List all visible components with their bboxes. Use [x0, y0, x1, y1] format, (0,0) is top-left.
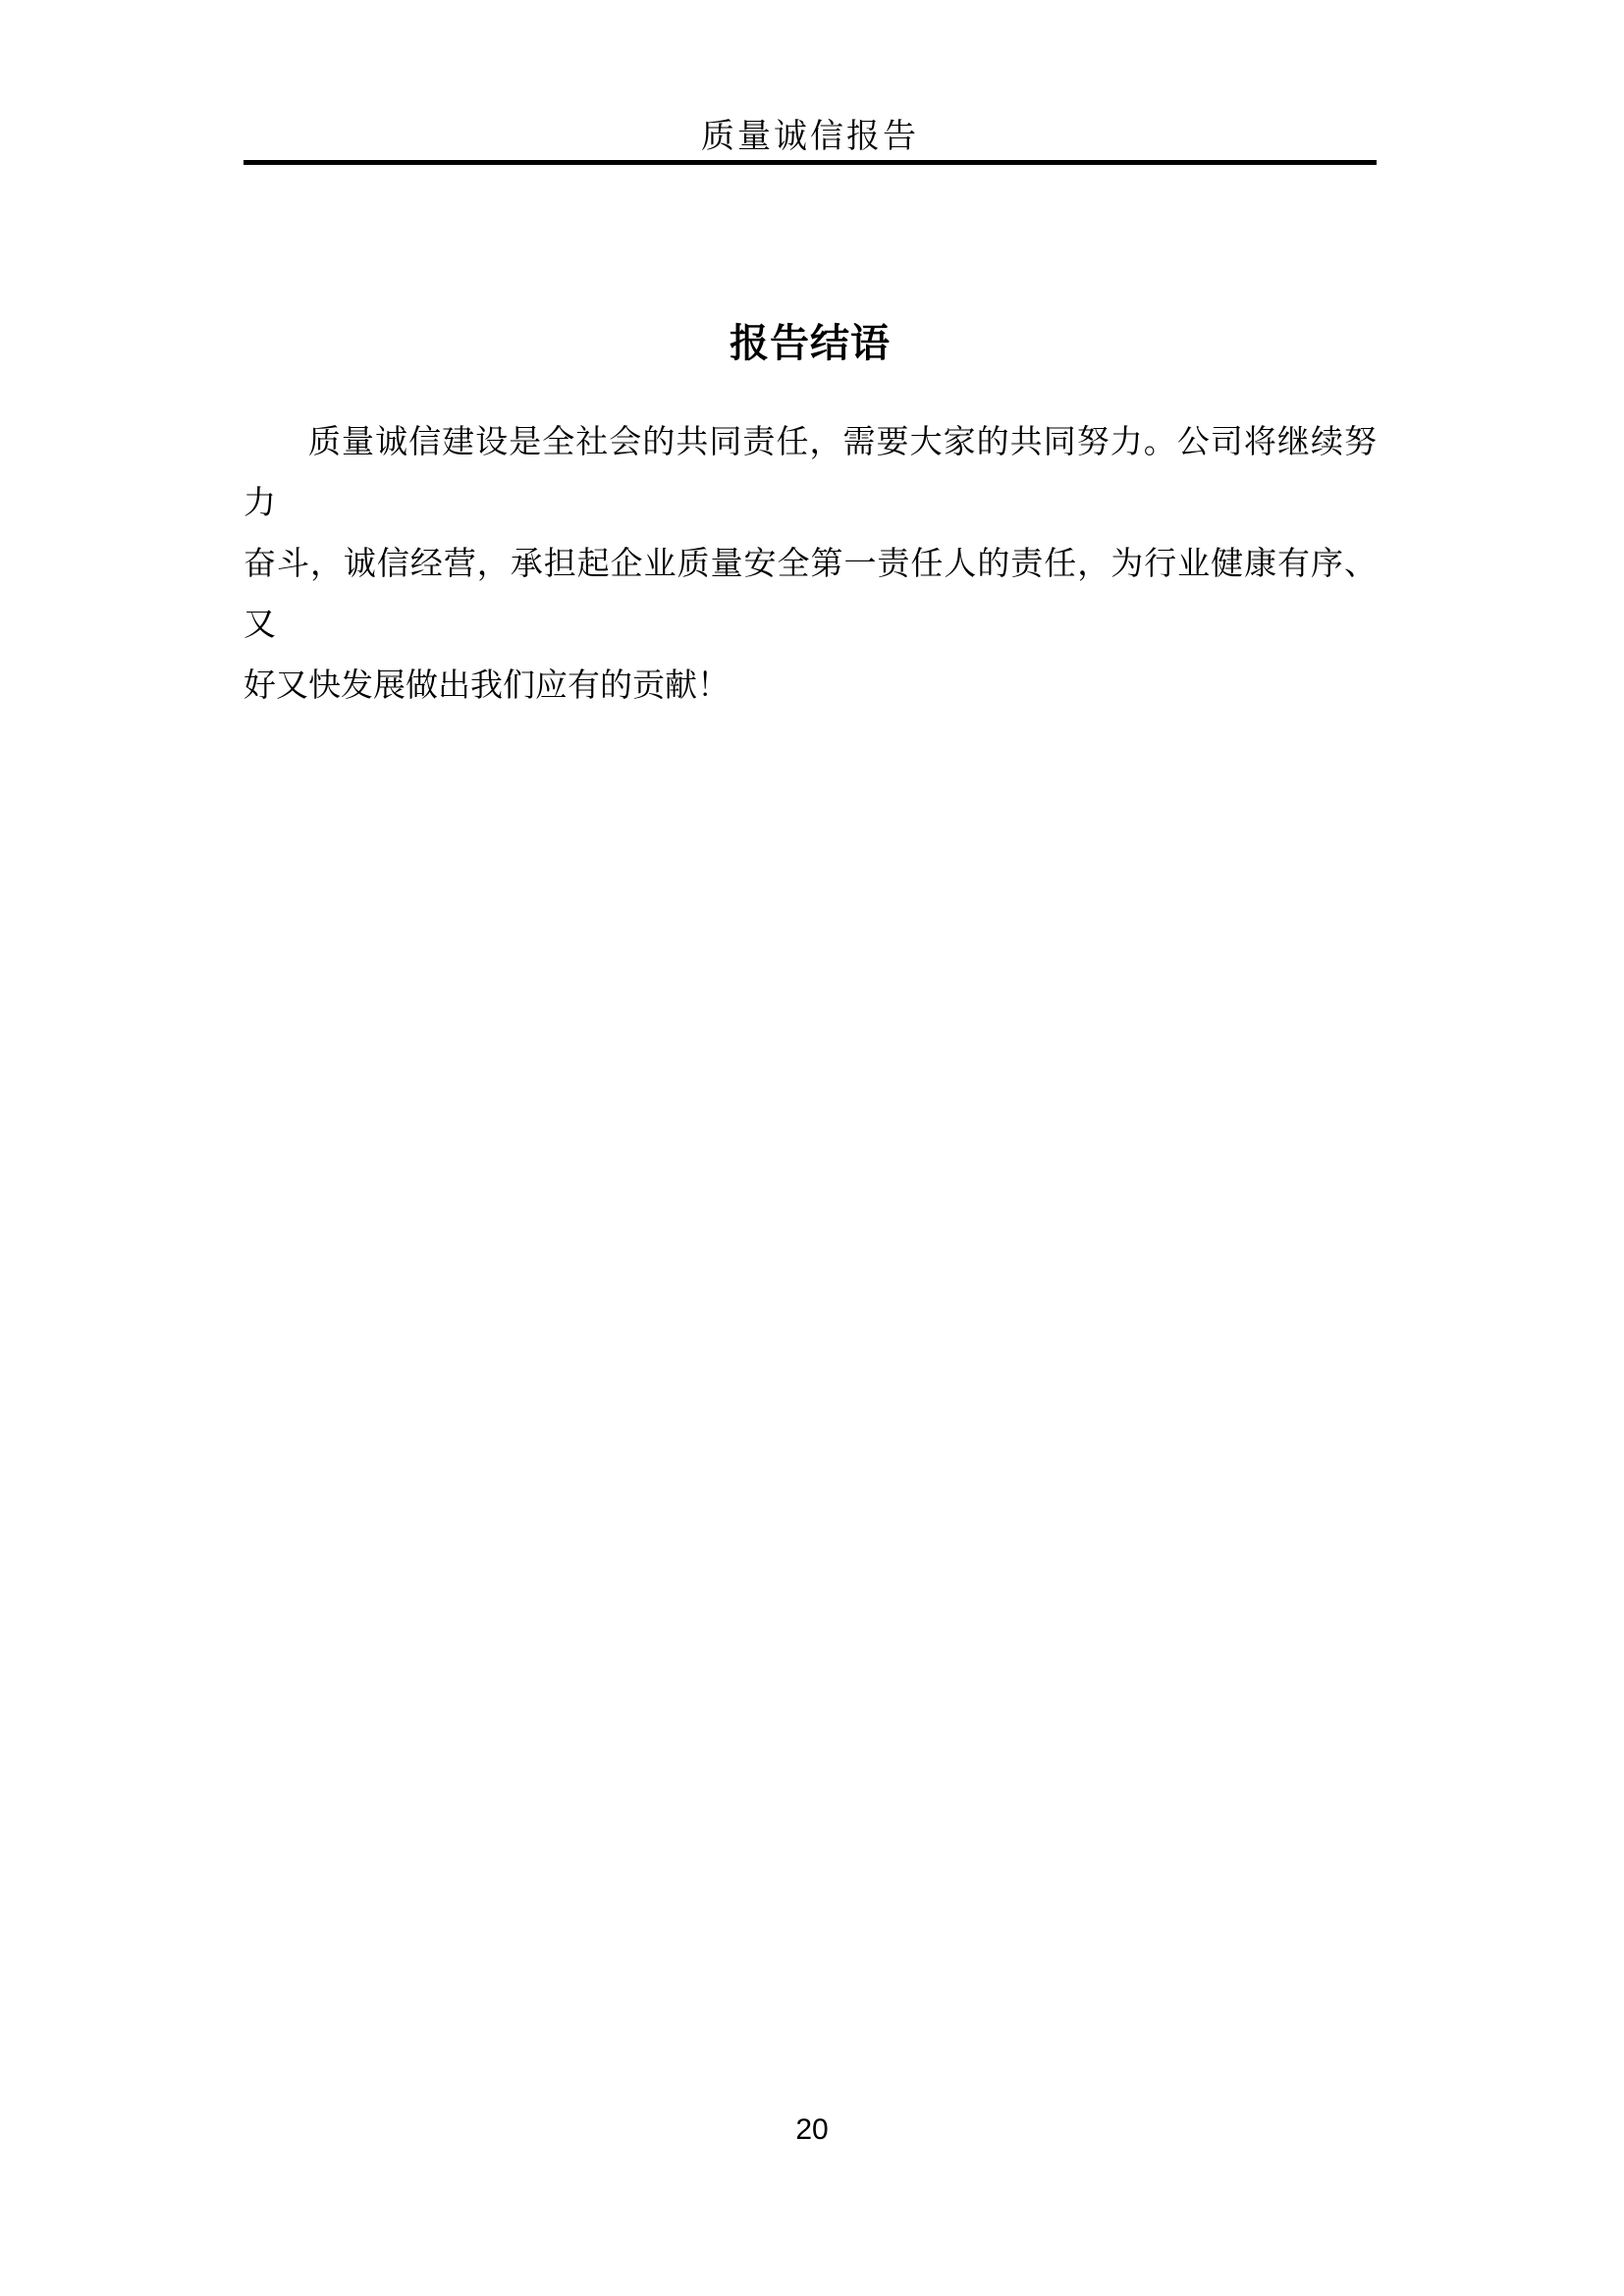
page-header: 质量诚信报告 [244, 0, 1377, 165]
page-footer: 20 [0, 2113, 1624, 2147]
paragraph-line: 质量诚信建设是全社会的共同责任，需要大家的共同努力。公司将继续努力 [244, 412, 1377, 534]
body-paragraph: 质量诚信建设是全社会的共同责任，需要大家的共同努力。公司将继续努力 奋斗，诚信经… [244, 412, 1377, 717]
page-number: 20 [795, 2113, 828, 2146]
paragraph-line: 好又快发展做出我们应有的贡献！ [244, 656, 1377, 717]
document-page: 质量诚信报告 报告结语 质量诚信建设是全社会的共同责任，需要大家的共同努力。公司… [0, 0, 1624, 2296]
section-title: 报告结语 [244, 323, 1377, 364]
header-title: 质量诚信报告 [244, 119, 1377, 155]
paragraph-line: 奋斗，诚信经营，承担起企业质量安全第一责任人的责任，为行业健康有序、又 [244, 534, 1377, 656]
